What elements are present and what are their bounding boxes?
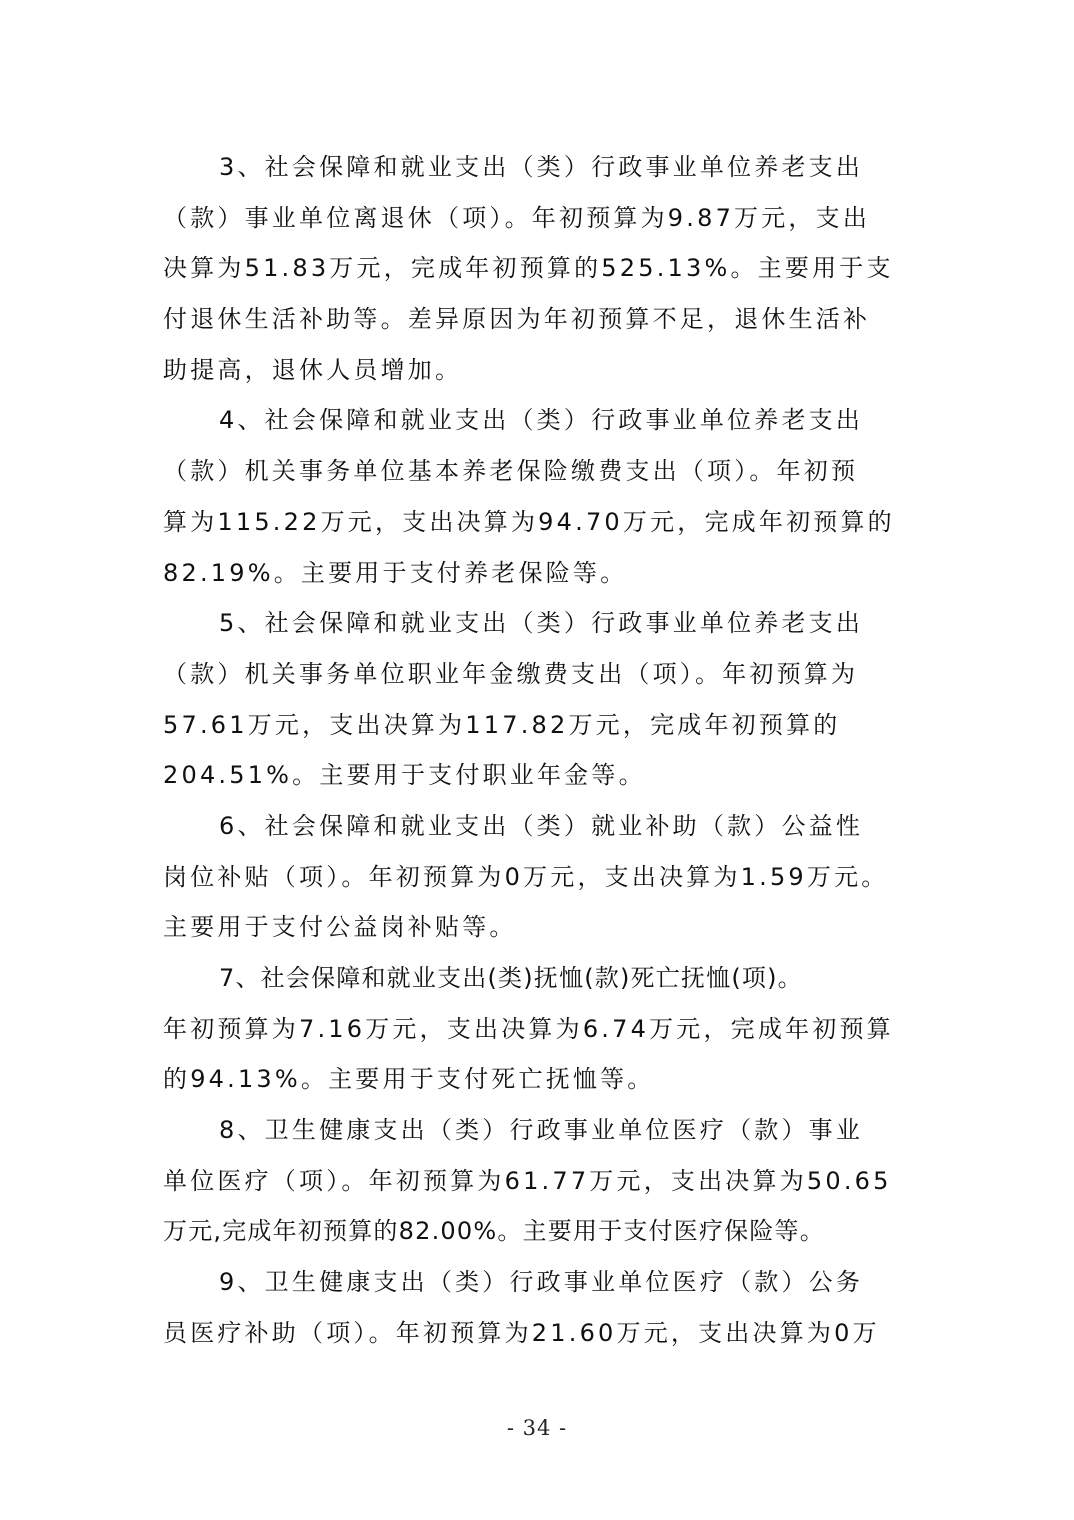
paragraph-item-7: 7、社会保障和就业支出(类)抚恤(款)死亡抚恤(项)。 年初预算为7.16万元，… [163,953,923,1105]
paragraph-item-8: 8、卫生健康支出（类）行政事业单位医疗（款）事业 单位医疗（项）。年初预算为61… [163,1105,923,1257]
paragraph-item-3: 3、社会保障和就业支出（类）行政事业单位养老支出 （款）事业单位离退休（项）。年… [163,142,923,395]
text-line: 5、社会保障和就业支出（类）行政事业单位养老支出 [163,598,923,649]
body-text: 3、社会保障和就业支出（类）行政事业单位养老支出 （款）事业单位离退休（项）。年… [163,142,923,1359]
text-line: 7、社会保障和就业支出(类)抚恤(款)死亡抚恤(项)。 [163,953,923,1004]
text-line: 付退休生活补助等。差异原因为年初预算不足，退休生活补 [163,294,923,345]
paragraph-item-6: 6、社会保障和就业支出（类）就业补助（款）公益性 岗位补贴（项）。年初预算为0万… [163,801,923,953]
text-line: 的94.13%。主要用于支付死亡抚恤等。 [163,1054,923,1105]
text-line: （款）事业单位离退休（项）。年初预算为9.87万元，支出 [163,193,923,244]
text-line: 员医疗补助（项）。年初预算为21.60万元，支出决算为0万 [163,1308,923,1359]
text-line: 岗位补贴（项）。年初预算为0万元，支出决算为1.59万元。 [163,852,923,903]
paragraph-item-5: 5、社会保障和就业支出（类）行政事业单位养老支出 （款）机关事务单位职业年金缴费… [163,598,923,801]
text-line: 3、社会保障和就业支出（类）行政事业单位养老支出 [163,142,923,193]
text-line: 助提高，退休人员增加。 [163,345,923,396]
text-line: 决算为51.83万元，完成年初预算的525.13%。主要用于支 [163,243,923,294]
text-line: （款）机关事务单位基本养老保险缴费支出（项）。年初预 [163,446,923,497]
paragraph-item-9: 9、卫生健康支出（类）行政事业单位医疗（款）公务 员医疗补助（项）。年初预算为2… [163,1257,923,1358]
paragraph-item-4: 4、社会保障和就业支出（类）行政事业单位养老支出 （款）机关事务单位基本养老保险… [163,395,923,598]
text-line: 9、卫生健康支出（类）行政事业单位医疗（款）公务 [163,1257,923,1308]
text-line: 57.61万元，支出决算为117.82万元，完成年初预算的 [163,700,923,751]
text-line: 204.51%。主要用于支付职业年金等。 [163,750,923,801]
text-line: 8、卫生健康支出（类）行政事业单位医疗（款）事业 [163,1105,923,1156]
text-line: 单位医疗（项）。年初预算为61.77万元，支出决算为50.65 [163,1156,923,1207]
text-line: 82.19%。主要用于支付养老保险等。 [163,548,923,599]
text-line: 4、社会保障和就业支出（类）行政事业单位养老支出 [163,395,923,446]
text-line: （款）机关事务单位职业年金缴费支出（项）。年初预算为 [163,649,923,700]
page-number: - 34 - [0,1416,1074,1440]
text-line: 算为115.22万元，支出决算为94.70万元，完成年初预算的 [163,497,923,548]
text-line: 年初预算为7.16万元，支出决算为6.74万元，完成年初预算 [163,1004,923,1055]
document-page: 3、社会保障和就业支出（类）行政事业单位养老支出 （款）事业单位离退休（项）。年… [0,0,1074,1520]
text-line: 6、社会保障和就业支出（类）就业补助（款）公益性 [163,801,923,852]
text-line: 主要用于支付公益岗补贴等。 [163,902,923,953]
text-line: 万元,完成年初预算的82.00%。主要用于支付医疗保险等。 [163,1206,923,1257]
